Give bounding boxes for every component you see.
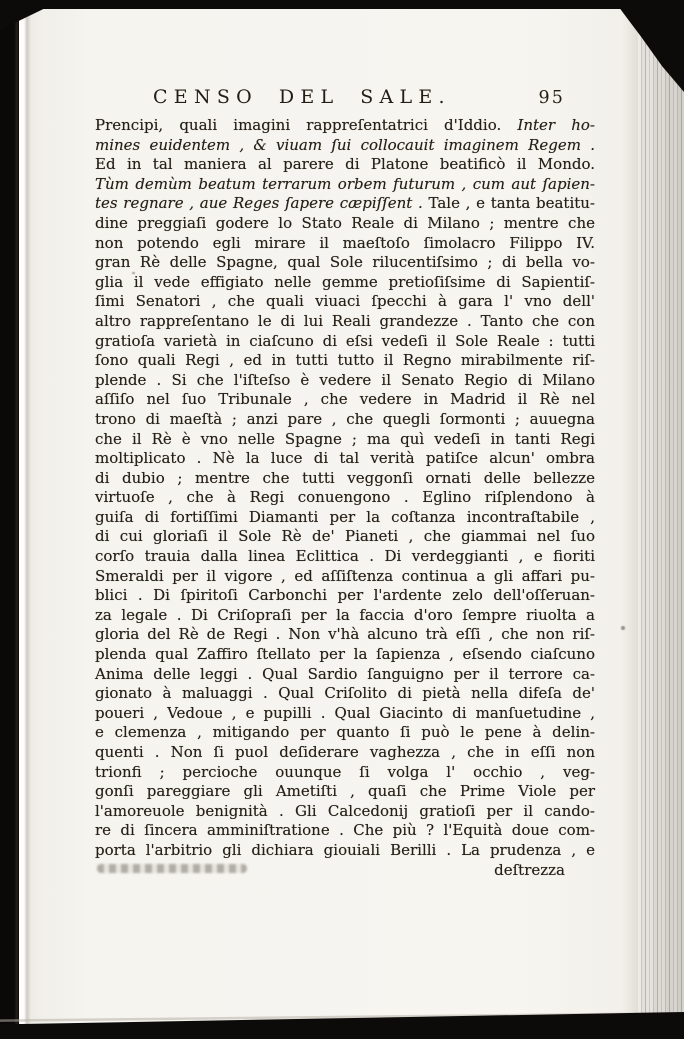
text-line: trionfi ; percioche ouunque ſi volga l' … [95, 763, 595, 783]
running-head: CENSO DEL SALE. 95 [95, 86, 595, 110]
text-line: che il Rè è vno nelle Spagne ; ma quì ve… [95, 430, 595, 450]
text-line: gonſi pareggiare gli Ametiſti , quaſi ch… [95, 782, 595, 802]
text-line: guiſa di fortiſſimi Diamanti per la coſt… [95, 508, 595, 528]
book-scan-page: CENSO DEL SALE. 95 Prencipi, quali imagi… [0, 0, 684, 1039]
text-segment: Tale , e tanta beatitu- [423, 194, 595, 212]
text-segment-italic: mines euidentem , & viuam ſui collocauit… [95, 136, 595, 154]
text-line: dine preggiaſi godere lo Stato Reale di … [95, 214, 595, 234]
text-segment: l'amoreuole benignità . Gli Calcedonij g… [95, 802, 595, 820]
text-segment: ſimi Senatori , che quali viuaci ſpecchi… [95, 292, 595, 310]
text-segment: altro rappreſentano le di lui Reali gran… [95, 312, 595, 330]
text-segment: virtuoſe , che à Regi conuengono . Eglin… [95, 488, 595, 506]
text-segment: corſo trauia dalla linea Eclittica . Di … [95, 547, 595, 565]
text-line: Anima delle leggi . Qual Sardio ſanguign… [95, 665, 595, 685]
text-line: aſſiſo nel ſuo Tribunale , che vedere in… [95, 390, 595, 410]
text-line: quenti . Non ſi puol deſiderare vaghezza… [95, 743, 595, 763]
text-line: l'amoreuole benignità . Gli Calcedonij g… [95, 802, 595, 822]
text-line: porta l'arbitrio gli dichiara giouiali B… [95, 841, 595, 861]
text-segment: re di ſincera amminiſtratione . Che più … [95, 821, 595, 839]
text-line: plenda qual Zaffiro ſtellato per la ſapi… [95, 645, 595, 665]
page-number: 95 [539, 88, 565, 108]
text-line: trono di maeſtà ; anzi pare , che quegli… [95, 410, 595, 430]
text-segment: gratioſa varietà in ciaſcuno di eſsi ved… [95, 332, 595, 350]
text-line: ſono quali Regi , ed in tutti tutto il R… [95, 351, 595, 371]
text-segment-italic: Inter ho- [517, 116, 595, 134]
text-line: gratioſa varietà in ciaſcuno di eſsi ved… [95, 332, 595, 352]
top-edge [0, 0, 684, 9]
text-segment: plenda qual Zaffiro ſtellato per la ſapi… [95, 645, 595, 663]
binding-edge [0, 0, 19, 1039]
text-segment: trono di maeſtà ; anzi pare , che quegli… [95, 410, 595, 428]
text-segment: guiſa di fortiſſimi Diamanti per la coſt… [95, 508, 595, 526]
text-segment: gloria del Rè de Regi . Non v'hà alcuno … [95, 625, 595, 643]
text-line: blici . Di ſpiritoſi Carbonchi per l'ard… [95, 586, 595, 606]
text-line: glia il vede effigiato nelle gemme preti… [95, 273, 595, 293]
page-edges-shadow [624, 0, 684, 1039]
text-line: corſo trauia dalla linea Eclittica . Di … [95, 547, 595, 567]
text-segment: gonſi pareggiare gli Ametiſti , quaſi ch… [95, 782, 595, 800]
text-line: za legale . Di Criſopraſi per la faccia … [95, 606, 595, 626]
text-line: gran Rè delle Spagne, qual Sole rilucent… [95, 253, 595, 273]
text-block: Prencipi, quali imagini rappreſentatrici… [95, 116, 595, 880]
text-line: plende . Si che l'iſteſso è vedere il Se… [95, 371, 595, 391]
page-title: CENSO DEL SALE. [153, 86, 451, 108]
text-segment: non potendo egli mirare il maeſtoſo ſimo… [95, 234, 595, 252]
text-segment: porta l'arbitrio gli dichiara giouiali B… [95, 841, 595, 859]
text-line: moltiplicato . Nè la luce di tal verità … [95, 449, 595, 469]
text-line: di dubio ; mentre che tutti veggonſi orn… [95, 469, 595, 489]
text-line: ſimi Senatori , che quali viuaci ſpecchi… [95, 292, 595, 312]
ink-smudge [97, 864, 247, 873]
text-segment-italic: tes regnare , aue Reges ſapere cæpiſſent… [95, 194, 423, 212]
text-line: re di ſincera amminiſtratione . Che più … [95, 821, 595, 841]
binding-highlight [19, 6, 35, 1025]
text-segment: Ed in tal maniera al parere di Platone b… [95, 155, 595, 173]
text-line: gionato à maluaggi . Qual Criſolito di p… [95, 684, 595, 704]
text-segment: di cui gloriaſi il Sole Rè de' Pianeti ,… [95, 527, 595, 545]
text-segment: Anima delle leggi . Qual Sardio ſanguign… [95, 665, 595, 683]
text-segment: gran Rè delle Spagne, qual Sole rilucent… [95, 253, 595, 271]
text-segment: e clemenza , mitigando per quanto ſi può… [95, 723, 595, 741]
text-segment: di dubio ; mentre che tutti veggonſi orn… [95, 469, 595, 487]
text-line: Smeraldi per il vigore , ed aſſiſtenza c… [95, 567, 595, 587]
text-segment: ſono quali Regi , ed in tutti tutto il R… [95, 351, 595, 369]
paper-speck [621, 626, 625, 630]
text-segment: che il Rè è vno nelle Spagne ; ma quì ve… [95, 430, 595, 448]
text-line: altro rappreſentano le di lui Reali gran… [95, 312, 595, 332]
text-segment: Prencipi, quali imagini rappreſentatrici… [95, 116, 517, 134]
text-segment: gionato à maluaggi . Qual Criſolito di p… [95, 684, 595, 702]
text-line: virtuoſe , che à Regi conuengono . Eglin… [95, 488, 595, 508]
text-line: Ed in tal maniera al parere di Platone b… [95, 155, 595, 175]
text-line: Tùm demùm beatum terrarum orbem futurum … [95, 175, 595, 195]
text-segment: plende . Si che l'iſteſso è vedere il Se… [95, 371, 595, 389]
text-line: poueri , Vedoue , e pupilli . Qual Giaci… [95, 704, 595, 724]
text-segment: glia il vede effigiato nelle gemme preti… [95, 273, 595, 291]
text-line: tes regnare , aue Reges ſapere cæpiſſent… [95, 194, 595, 214]
text-line: non potendo egli mirare il maeſtoſo ſimo… [95, 234, 595, 254]
text-segment: aſſiſo nel ſuo Tribunale , che vedere in… [95, 390, 595, 408]
text-line: di cui gloriaſi il Sole Rè de' Pianeti ,… [95, 527, 595, 547]
text-segment: dine preggiaſi godere lo Stato Reale di … [95, 214, 595, 232]
text-segment-italic: Tùm demùm beatum terrarum orbem futurum … [95, 175, 595, 193]
text-segment: quenti . Non ſi puol deſiderare vaghezza… [95, 743, 595, 761]
text-segment: Smeraldi per il vigore , ed aſſiſtenza c… [95, 567, 595, 585]
text-segment: blici . Di ſpiritoſi Carbonchi per l'ard… [95, 586, 595, 604]
text-segment: za legale . Di Criſopraſi per la faccia … [95, 606, 595, 624]
text-segment: trionfi ; percioche ouunque ſi volga l' … [95, 763, 595, 781]
text-segment: moltiplicato . Nè la luce di tal verità … [95, 449, 595, 467]
text-line: gloria del Rè de Regi . Non v'hà alcuno … [95, 625, 595, 645]
paper-speck [132, 272, 135, 274]
text-line: e clemenza , mitigando per quanto ſi può… [95, 723, 595, 743]
text-segment: poueri , Vedoue , e pupilli . Qual Giaci… [95, 704, 595, 722]
text-line: Prencipi, quali imagini rappreſentatrici… [95, 116, 595, 136]
text-line: mines euidentem , & viuam ſui collocauit… [95, 136, 595, 156]
